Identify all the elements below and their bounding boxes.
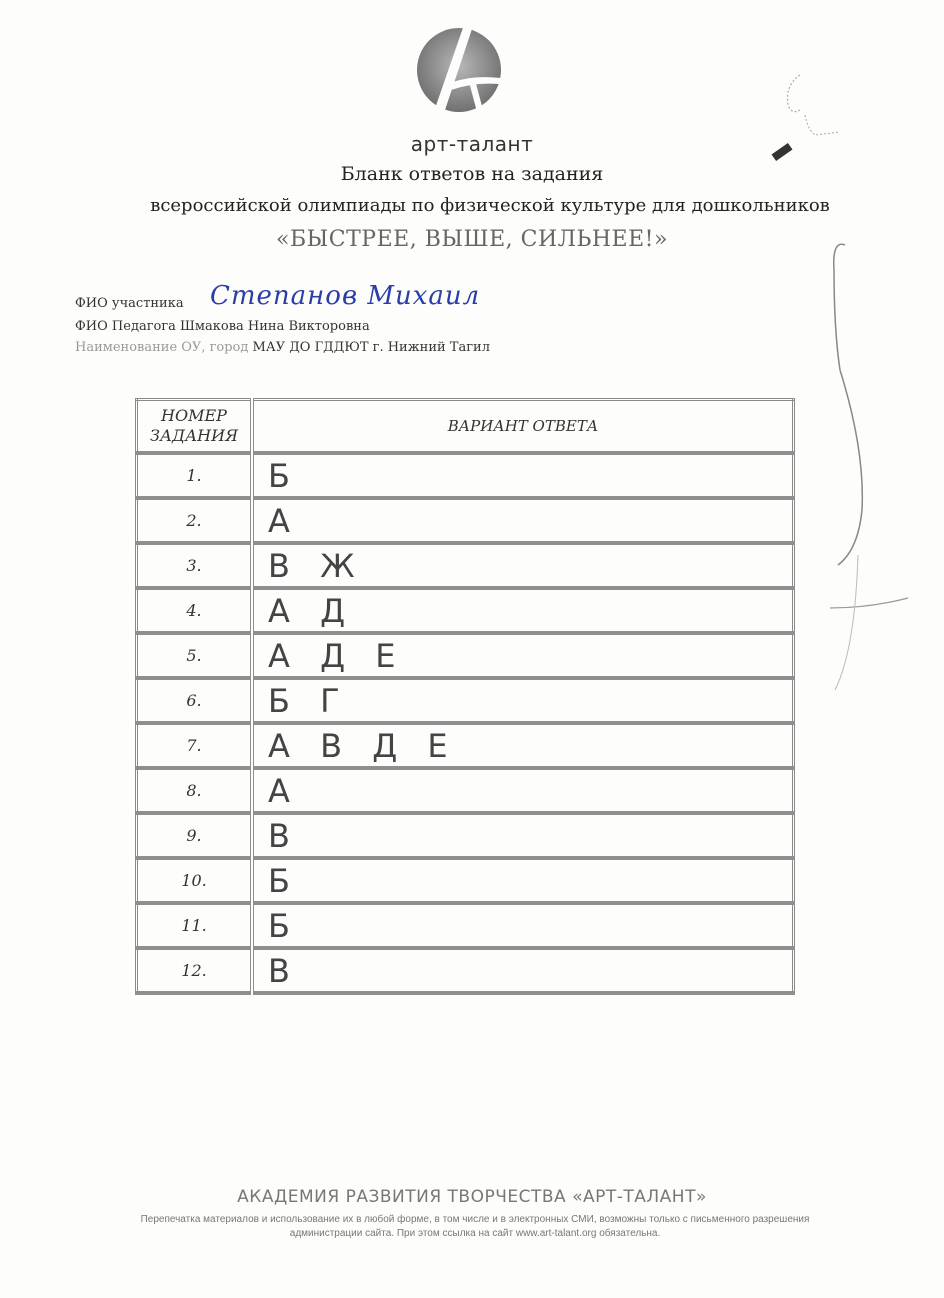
table-row: 6.Б Г <box>137 678 794 723</box>
answers-table: НОМЕРЗАДАНИЯ ВАРИАНТ ОТВЕТА 1.Б2.А3.В Ж4… <box>135 398 795 995</box>
answer-cell[interactable]: Б <box>252 903 794 948</box>
task-number: 7. <box>137 723 253 768</box>
task-number: 11. <box>137 903 253 948</box>
table-row: 11.Б <box>137 903 794 948</box>
teacher-label: ФИО Педагога <box>75 319 176 334</box>
answer-cell[interactable]: Б Г <box>252 678 794 723</box>
answer-cell[interactable]: В <box>252 813 794 858</box>
table-row: 9.В <box>137 813 794 858</box>
answer-cell[interactable]: А Д <box>252 588 794 633</box>
answer-cell[interactable]: В <box>252 948 794 993</box>
answer-cell[interactable]: Б <box>252 453 794 498</box>
school-label: Наименование ОУ, город <box>75 340 248 355</box>
table-row: 12.В <box>137 948 794 993</box>
participant-name-field[interactable]: Степанов Михаил <box>210 281 480 311</box>
task-number: 8. <box>137 768 253 813</box>
school-value: МАУ ДО ГДДЮТ г. Нижний Тагил <box>253 340 490 355</box>
task-number: 2. <box>137 498 253 543</box>
table-row: 5.А Д Е <box>137 633 794 678</box>
table-row: 7.А В Д Е <box>137 723 794 768</box>
table-header-row: НОМЕРЗАДАНИЯ ВАРИАНТ ОТВЕТА <box>137 400 794 454</box>
footer-title: АКАДЕМИЯ РАЗВИТИЯ ТВОРЧЕСТВА «АРТ-ТАЛАНТ… <box>0 1187 944 1207</box>
task-number: 3. <box>137 543 253 588</box>
answer-cell[interactable]: А <box>252 498 794 543</box>
table-row: 4.А Д <box>137 588 794 633</box>
task-number: 6. <box>137 678 253 723</box>
answer-cell[interactable]: А Д Е <box>252 633 794 678</box>
task-number: 5. <box>137 633 253 678</box>
table-row: 10.Б <box>137 858 794 903</box>
task-number: 9. <box>137 813 253 858</box>
task-number: 4. <box>137 588 253 633</box>
pencil-scribble-right <box>810 230 944 930</box>
school-line: Наименование ОУ, город МАУ ДО ГДДЮТ г. Н… <box>75 340 490 355</box>
participant-label: ФИО участника <box>75 296 184 311</box>
form-subtitle: всероссийской олимпиады по физической ку… <box>60 195 920 216</box>
table-row: 3.В Ж <box>137 543 794 588</box>
table-row: 8.А <box>137 768 794 813</box>
column-header-answer: ВАРИАНТ ОТВЕТА <box>252 400 794 454</box>
teacher-line: ФИО Педагога Шмакова Нина Викторовна <box>75 319 370 334</box>
answer-cell[interactable]: В Ж <box>252 543 794 588</box>
olympiad-name: «БЫСТРЕЕ, ВЫШЕ, СИЛЬНЕЕ!» <box>0 227 944 252</box>
task-number: 1. <box>137 453 253 498</box>
footer-disclaimer: Перепечатка материалов и использование и… <box>110 1213 840 1241</box>
answer-cell[interactable]: Б <box>252 858 794 903</box>
answer-cell[interactable]: А В Д Е <box>252 723 794 768</box>
column-header-task-number: НОМЕРЗАДАНИЯ <box>137 400 253 454</box>
art-talant-logo-icon <box>413 20 505 130</box>
form-title: Бланк ответов на задания <box>0 163 944 185</box>
answer-cell[interactable]: А <box>252 768 794 813</box>
table-row: 2.А <box>137 498 794 543</box>
table-row: 1.Б <box>137 453 794 498</box>
teacher-value: Шмакова Нина Викторовна <box>180 319 370 334</box>
brand-name: арт-талант <box>0 132 944 156</box>
task-number: 10. <box>137 858 253 903</box>
task-number: 12. <box>137 948 253 993</box>
